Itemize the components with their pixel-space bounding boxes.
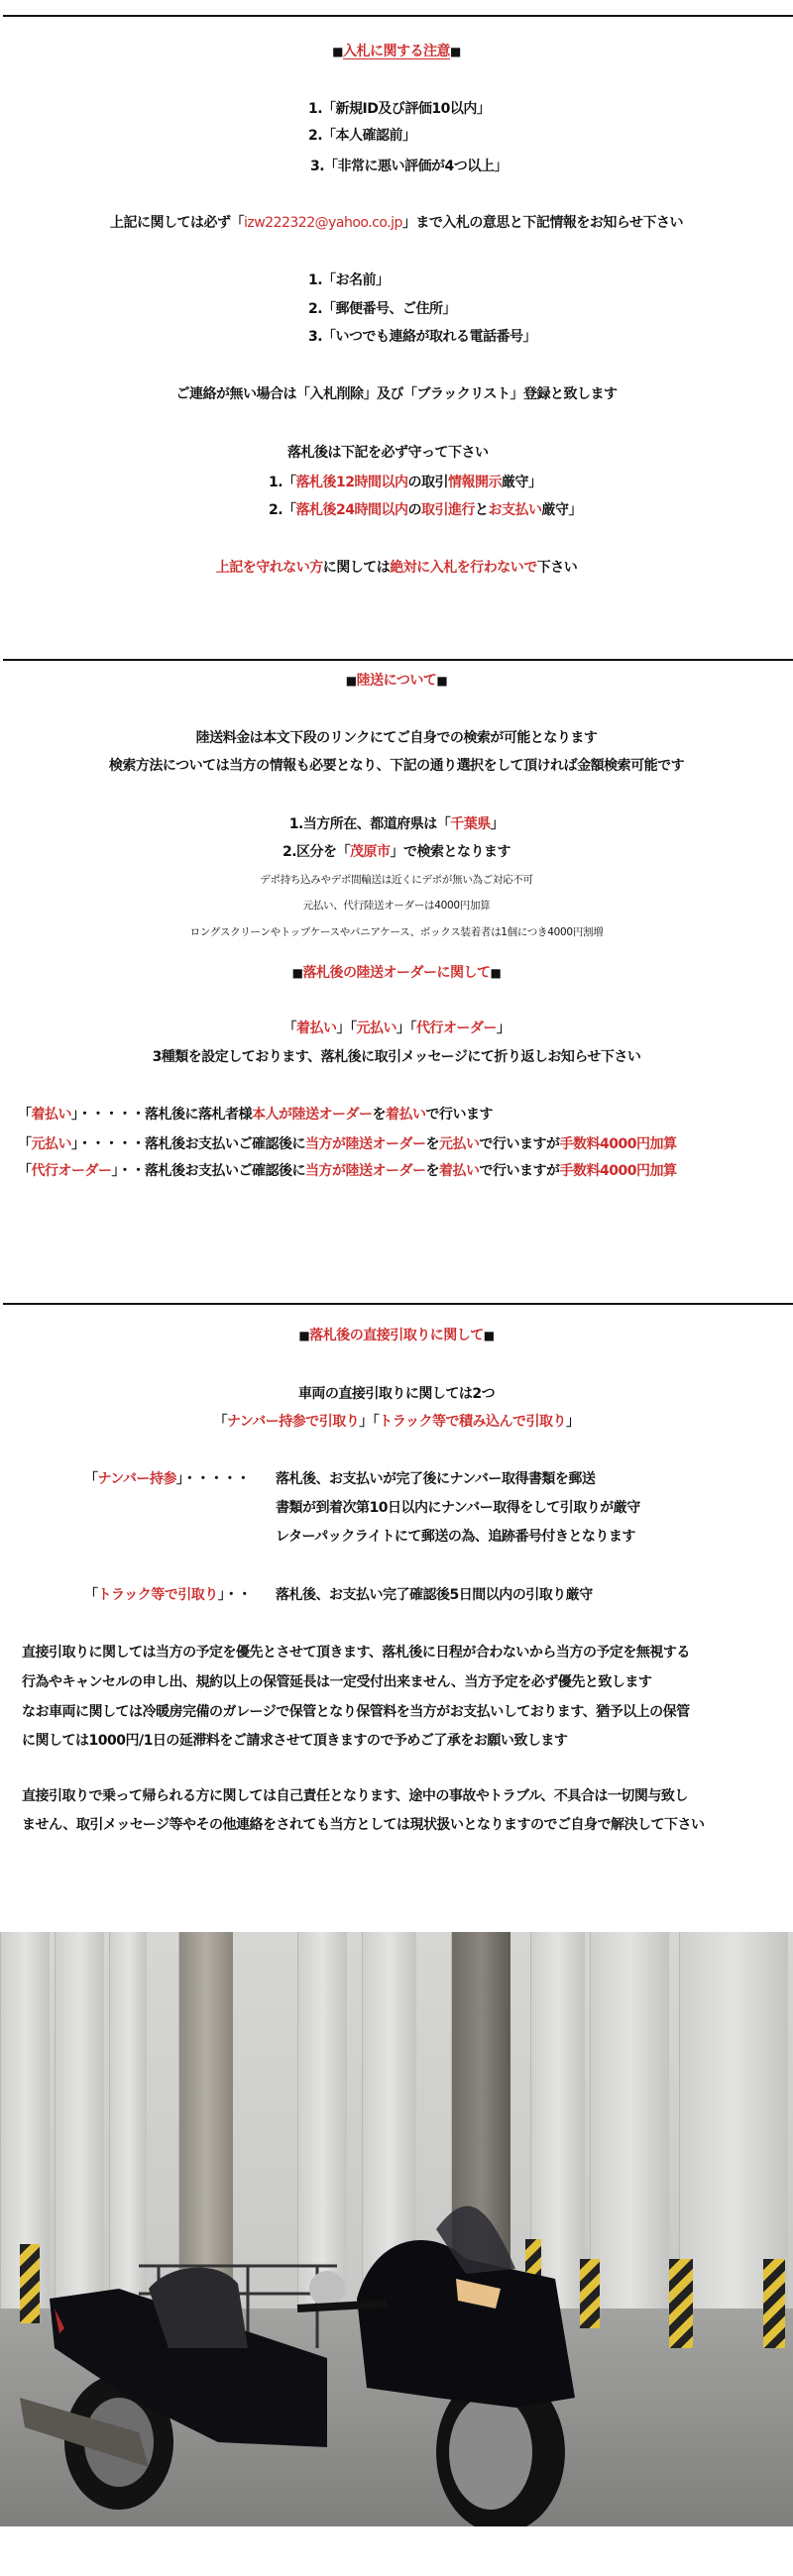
order-section-title: ■落札後の陸送オーダーに関して■: [0, 963, 793, 983]
square-bullet-icon: ■: [298, 1329, 309, 1342]
pickup-policy: 行為やキャンセルの申し出、規約以上の保管延長は一定受付出来ません、当方予定を必ず…: [22, 1672, 651, 1692]
bidding-warning: 上記を守れない方に関しては絶対に入札を行わないで下さい: [0, 558, 793, 578]
number-pickup-detail: レターパックライトにて郵送の為、追跡番号付きとなります: [276, 1527, 635, 1547]
scooter-photo: [0, 1932, 793, 2526]
order-row: 「着払い」・・・・・落札後に落札者様本人が陸送オーダーを着払いで行います: [18, 1105, 493, 1125]
square-bullet-icon: ■: [332, 45, 343, 58]
pickup-policy: に関しては1000円/1日の延滞料をご請求させて頂きますので予めご了承をお願い致…: [22, 1731, 567, 1751]
transport-intro: 陸送料金は本文下段のリンクにてご自身での検索が可能となります: [0, 728, 793, 748]
truck-pickup-detail: 落札後、お支払い完了確認後5日間以内の引取り厳守: [276, 1585, 593, 1605]
order-intro: 3種類を設定しております、落札後に取引メッセージにて折り返しお知らせ下さい: [0, 1047, 793, 1067]
square-bullet-icon: ■: [346, 674, 357, 688]
after-win-rule-2: 2.「落札後24時間以内の取引進行とお支払い厳守」: [269, 500, 582, 520]
pickup-policy: なお車両に関しては冷暖房完備のガレージで保管となり保管料を当方がお支払いしており…: [22, 1702, 690, 1722]
order-row: 「元払い」・・・・・落札後お支払いご確認後に当方が陸送オーダーを元払いで行います…: [18, 1134, 676, 1154]
order-types: 「着払い」「元払い」「代行オーダー」: [0, 1019, 793, 1038]
transport-note: ロングスクリーンやトップケースやパニアケース、ボックス装着者は1個につき4000…: [0, 922, 793, 942]
search-step-1: 1.当方所在、都道府県は「千葉県」: [0, 814, 793, 834]
square-bullet-icon: ■: [436, 674, 447, 688]
required-info-item: 1.「お名前」: [308, 270, 390, 290]
required-info-item: 2.「郵便番号、ご住所」: [308, 299, 456, 319]
scooter-image: [0, 1932, 793, 2526]
after-win-heading: 落札後は下記を必ず守って下さい: [287, 443, 489, 463]
section-title-bidding: ■入札に関する注意■: [0, 42, 793, 61]
transport-note: 元払い、代行陸送オーダーは4000円加算: [0, 896, 793, 915]
number-pickup-detail: 落札後、お支払いが完了後にナンバー取得書類を郵送: [276, 1469, 595, 1489]
square-bullet-icon: ■: [491, 966, 502, 980]
divider: [3, 659, 793, 661]
number-pickup-detail: 書類が到着次第10日以内にナンバー取得をして引取りが厳守: [276, 1498, 640, 1518]
divider: [3, 15, 793, 17]
restriction-item: 3.「非常に悪い評価が4つ以上」: [310, 157, 508, 176]
divider: [3, 1303, 793, 1305]
required-info-item: 3.「いつでも連絡が取れる電話番号」: [308, 327, 536, 347]
pickup-options: 「ナンバー持参で引取り」「トラック等で積み込んで引取り」: [0, 1412, 793, 1432]
square-bullet-icon: ■: [292, 966, 303, 980]
pickup-intro: 車両の直接引取りに関しては2つ: [0, 1384, 793, 1404]
search-step-2: 2.区分を「茂原市」で検索となります: [0, 842, 793, 862]
number-pickup-label: 「ナンバー持参」・・・・・: [84, 1469, 250, 1489]
after-win-rule-1: 1.「落札後12時間以内の取引情報開示厳守」: [269, 473, 542, 492]
contact-instruction: 上記に関しては必ず「izw222322@yahoo.co.jp」まで入札の意思と…: [0, 213, 793, 233]
transport-note: デポ持ち込みやデポ間輸送は近くにデポが無い為ご対応不可: [0, 870, 793, 890]
pickup-policy: 直接引取りに関しては当方の予定を優先とさせて頂きます、落札後に日程が合わないから…: [22, 1643, 690, 1663]
restriction-item: 2.「本人確認前」: [308, 126, 416, 146]
no-contact-notice: ご連絡が無い場合は「入札削除」及び「ブラックリスト」登録と致します: [0, 384, 793, 404]
truck-pickup-label: 「トラック等で引取り」・・: [84, 1585, 251, 1605]
section-title-pickup: ■落札後の直接引取りに関して■: [0, 1326, 793, 1345]
square-bullet-icon: ■: [450, 45, 461, 58]
square-bullet-icon: ■: [484, 1329, 495, 1342]
pickup-responsibility: 直接引取りで乗って帰られる方に関しては自己責任となります、途中の事故やトラブル、…: [22, 1786, 688, 1806]
restriction-item: 1.「新規ID及び評価10以内」: [308, 99, 490, 119]
section-title-transport: ■陸送について■: [0, 671, 793, 691]
contact-email-link[interactable]: izw222322@yahoo.co.jp: [244, 215, 402, 231]
order-row: 「代行オーダー」・・落札後お支払いご確認後に当方が陸送オーダーを着払いで行います…: [18, 1161, 676, 1181]
transport-intro: 検索方法については当方の情報も必要となり、下記の通り選択をして頂ければ金額検索可…: [0, 756, 793, 776]
pickup-responsibility: ません、取引メッセージ等やその他連絡をされても当方としては現状扱いとなりますので…: [22, 1815, 705, 1835]
